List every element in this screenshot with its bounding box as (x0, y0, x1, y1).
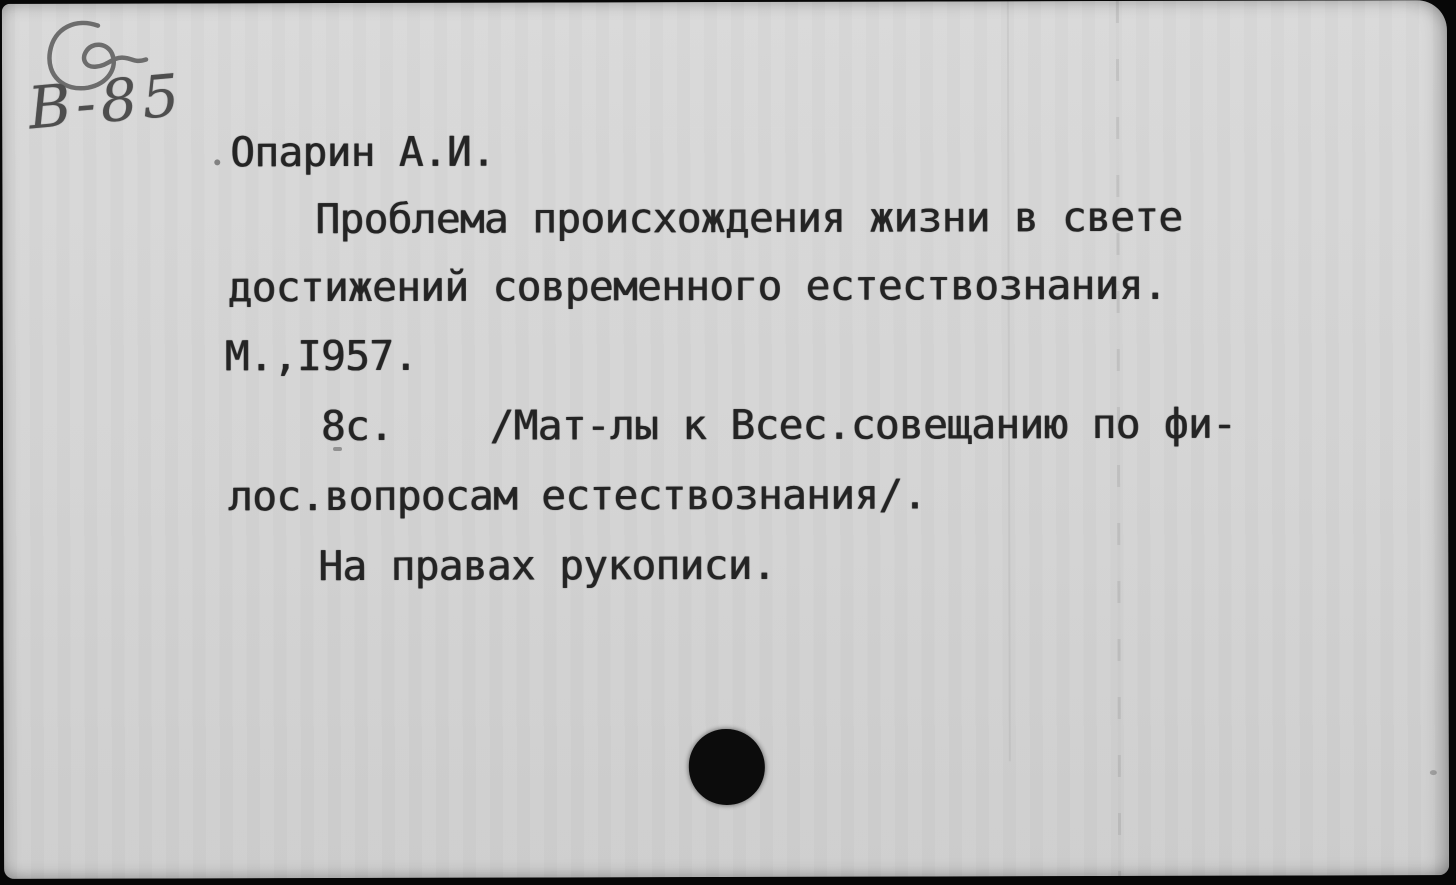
catalog-card: В-85 Опарин А.И. Проблема происхождения … (2, 0, 1449, 879)
ink-speck (214, 159, 220, 165)
imprint-line: М.,I957. (225, 332, 418, 381)
manuscript-rights-line: На правах рукописи. (318, 541, 776, 590)
punch-hole-icon (689, 729, 765, 805)
scanned-catalog-card-page: В-85 Опарин А.И. Проблема происхождения … (0, 0, 1456, 885)
collation-line-2: лос.вопросам естествознания/. (228, 470, 927, 520)
title-line-1: Проблема происхождения жизни в свете (315, 193, 1182, 243)
author-line: Опарин А.И. (230, 128, 495, 177)
faint-crease (1007, 1, 1011, 761)
title-line-2: достижений современного естествознания. (228, 261, 1167, 311)
ink-speck (333, 447, 342, 451)
call-number: В-85 (25, 61, 187, 143)
ink-speck (1430, 770, 1437, 775)
collation-line-1: 8с. /Мат-лы к Всес.совещанию по фи- (321, 400, 1236, 450)
